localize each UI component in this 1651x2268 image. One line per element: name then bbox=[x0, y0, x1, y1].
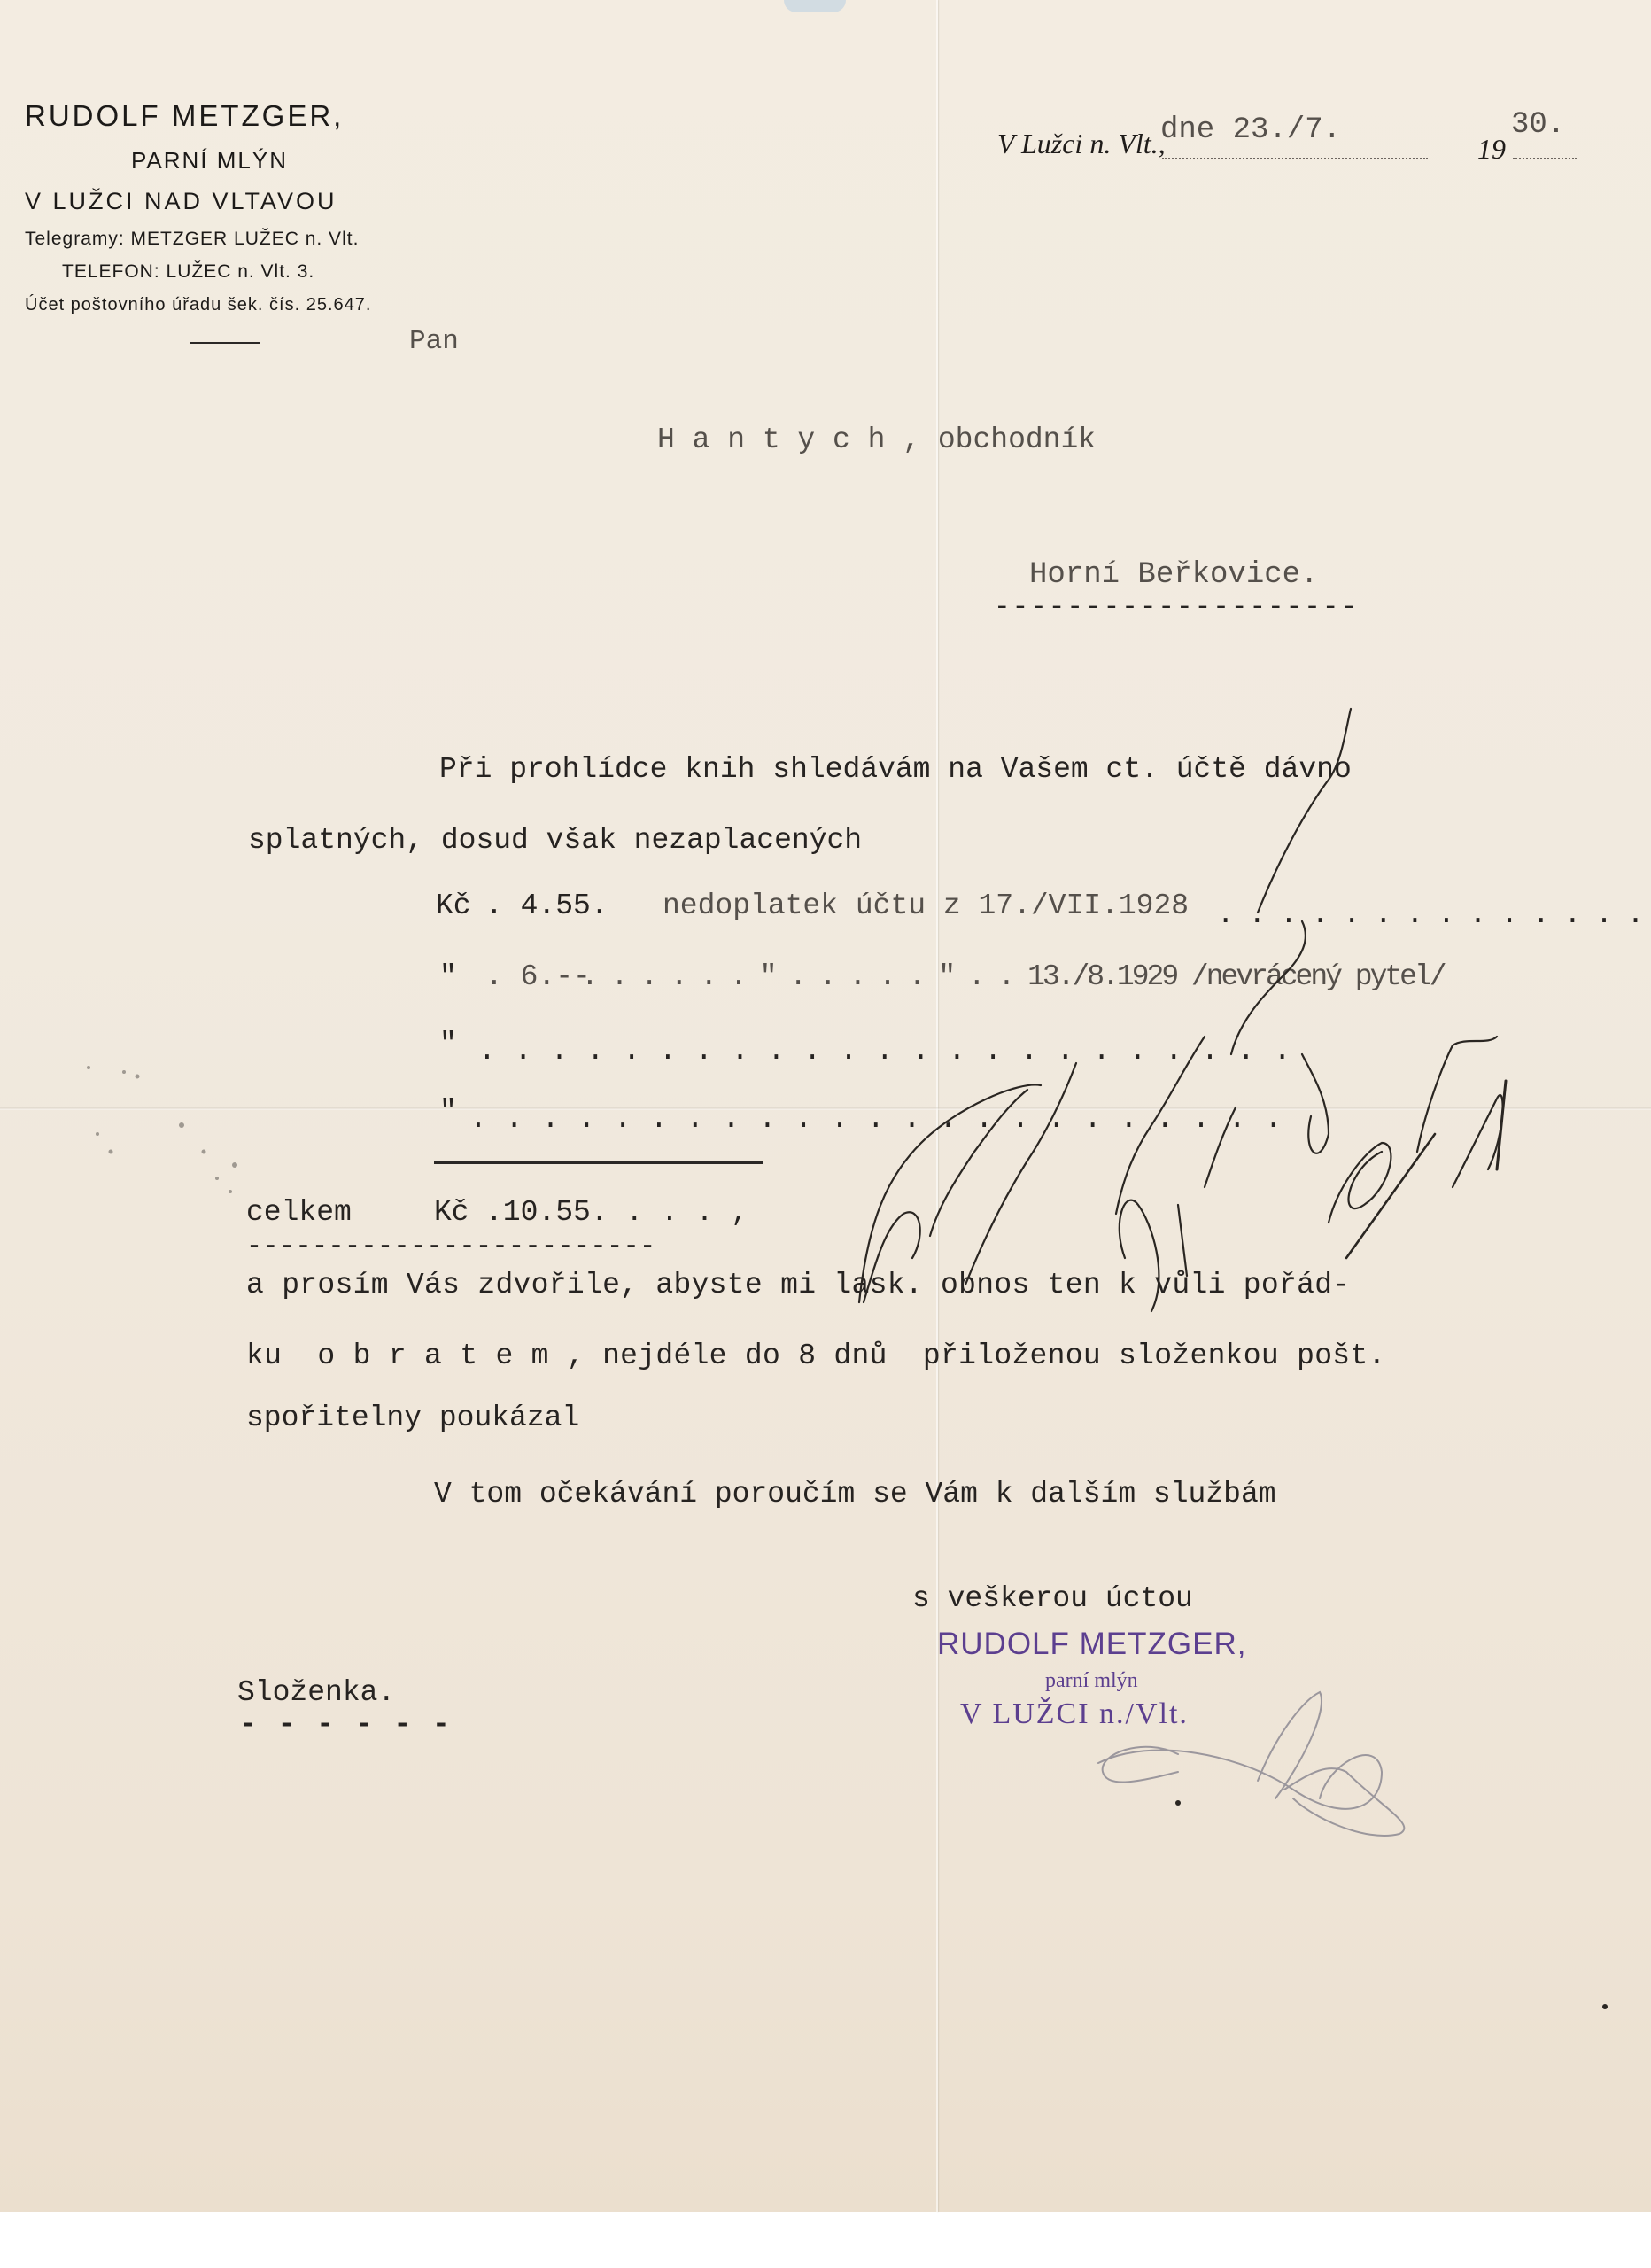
letterhead-separator bbox=[190, 342, 260, 344]
regards: s veškerou úctou bbox=[912, 1582, 1193, 1615]
letter-paper: RUDOLF METZGER, PARNÍ MLÝN V LUŽCI NAD V… bbox=[0, 0, 1651, 2212]
recipient-town: Horní Beřkovice. bbox=[1029, 558, 1318, 592]
item-currency: " bbox=[439, 1028, 457, 1060]
request-line-2: ku o b r a t e m , nejdéle do 8 dnů přil… bbox=[246, 1340, 1386, 1372]
recipient-name: H a n t y c h , obchodník bbox=[657, 423, 1096, 456]
telephone: TELEFON: LUŽEC n. Vlt. 3. bbox=[62, 261, 314, 283]
body-intro-line-1: Při prohlídce knih shledávám na Vašem ct… bbox=[439, 753, 1352, 786]
item-currency: " bbox=[439, 960, 457, 993]
total-amount: .10.55. . . . , bbox=[485, 1196, 748, 1229]
stamp-business: parní mlýn bbox=[1045, 1669, 1138, 1693]
dateline-place: V Lužci n. Vlt., bbox=[997, 128, 1166, 160]
company-name: RUDOLF METZGER, bbox=[25, 99, 344, 133]
closing-line: V tom očekávání poroučím se Vám k dalším… bbox=[434, 1478, 1276, 1511]
postal-account: Účet poštovního úřadu šek. čís. 25.647. bbox=[25, 295, 371, 315]
staple-tear-mark bbox=[784, 0, 846, 12]
total-underline: ------------------------- bbox=[246, 1231, 656, 1262]
item-currency: " bbox=[439, 1095, 457, 1128]
total-currency: Kč bbox=[434, 1196, 469, 1229]
recipient-town-underline: -------------------- bbox=[994, 592, 1359, 623]
request-line-1: a prosím Vás zdvořile, abyste mi lask. o… bbox=[246, 1269, 1350, 1301]
dateline-year: 30. bbox=[1511, 108, 1565, 142]
total-label: celkem bbox=[246, 1196, 352, 1229]
item-dots: . . . . . . . . . . . . . . . . bbox=[1201, 898, 1651, 931]
item-description: nedoplatek účtu z 17./VII.1928 bbox=[663, 889, 1189, 922]
dateline-day-dotted-line bbox=[1162, 158, 1428, 159]
body-intro-line-2: splatných, dosud však nezaplacených bbox=[248, 824, 862, 857]
enclosure-label: Složenka. bbox=[237, 1676, 395, 1709]
stamp-company-name: RUDOLF METZGER, bbox=[937, 1627, 1246, 1662]
item-dots: . . . . . . . . . . . . . . . . . . . . … bbox=[469, 1103, 1283, 1136]
total-rule bbox=[434, 1161, 763, 1164]
item-dots: . . . . . . . . . . . . . . . . . . . . … bbox=[478, 1035, 1291, 1068]
item-amount: . 4.55. bbox=[485, 889, 608, 922]
enclosure-underline: - - - - - - bbox=[239, 1708, 452, 1741]
dateline-day: dne 23./7. bbox=[1160, 113, 1341, 147]
dateline-year-dotted-line bbox=[1513, 158, 1577, 159]
item-amount: . 6.-- bbox=[485, 960, 591, 993]
request-line-3: spořitelny poukázal bbox=[246, 1402, 579, 1434]
item-currency: Kč bbox=[436, 889, 471, 922]
recipient-salutation: Pan bbox=[409, 326, 459, 357]
dateline-century: 19 bbox=[1477, 133, 1506, 166]
company-location: V LUŽCI NAD VLTAVOU bbox=[25, 188, 337, 215]
business-type: PARNÍ MLÝN bbox=[131, 147, 288, 175]
item-description: . . . . . . " . . . . . " . . 13./8.1929… bbox=[581, 960, 1445, 993]
telegram-address: Telegramy: METZGER LUŽEC n. Vlt. bbox=[25, 229, 359, 250]
stamp-location: V LUŽCI n./Vlt. bbox=[960, 1697, 1189, 1731]
